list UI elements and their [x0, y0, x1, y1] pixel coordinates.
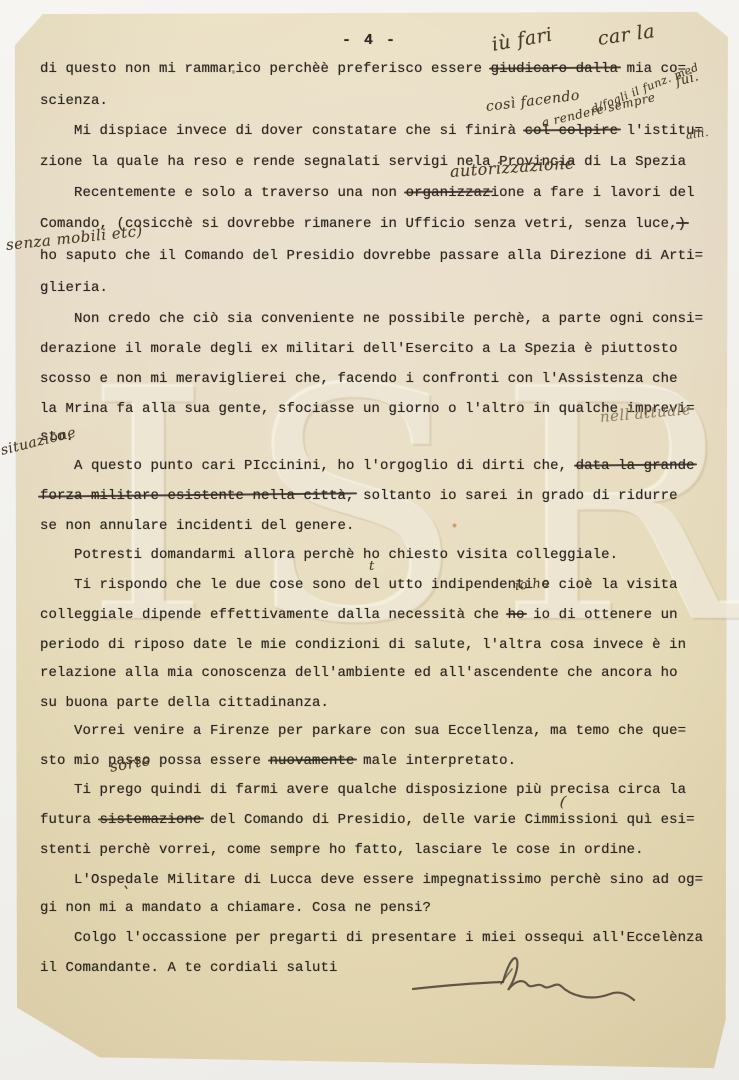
handwritten-annotation: situazione [0, 426, 78, 458]
handwritten-annotation: ` [121, 886, 131, 904]
scanned-document-page: ISR - 4 - di questo non mi rammarico per… [0, 0, 739, 1080]
handwritten-annotation: sorte [109, 753, 152, 775]
annotations: iù faricar lafui.così facendoa rendere s… [0, 0, 739, 1080]
handwritten-annotation: autorizzazione [449, 155, 575, 180]
signature-flourish [405, 945, 640, 1015]
handwritten-annotation: alli. [685, 127, 709, 141]
handwritten-annotation: ( [559, 794, 567, 810]
handwritten-annotation: nell'attuale [599, 402, 692, 425]
handwritten-annotation: senza mobili etc) [5, 224, 143, 253]
handwritten-annotation: iù fari [490, 25, 554, 54]
handwritten-annotation: io ho [514, 576, 550, 593]
handwritten-annotation: car la [597, 22, 657, 49]
handwritten-annotation: t [369, 560, 375, 573]
